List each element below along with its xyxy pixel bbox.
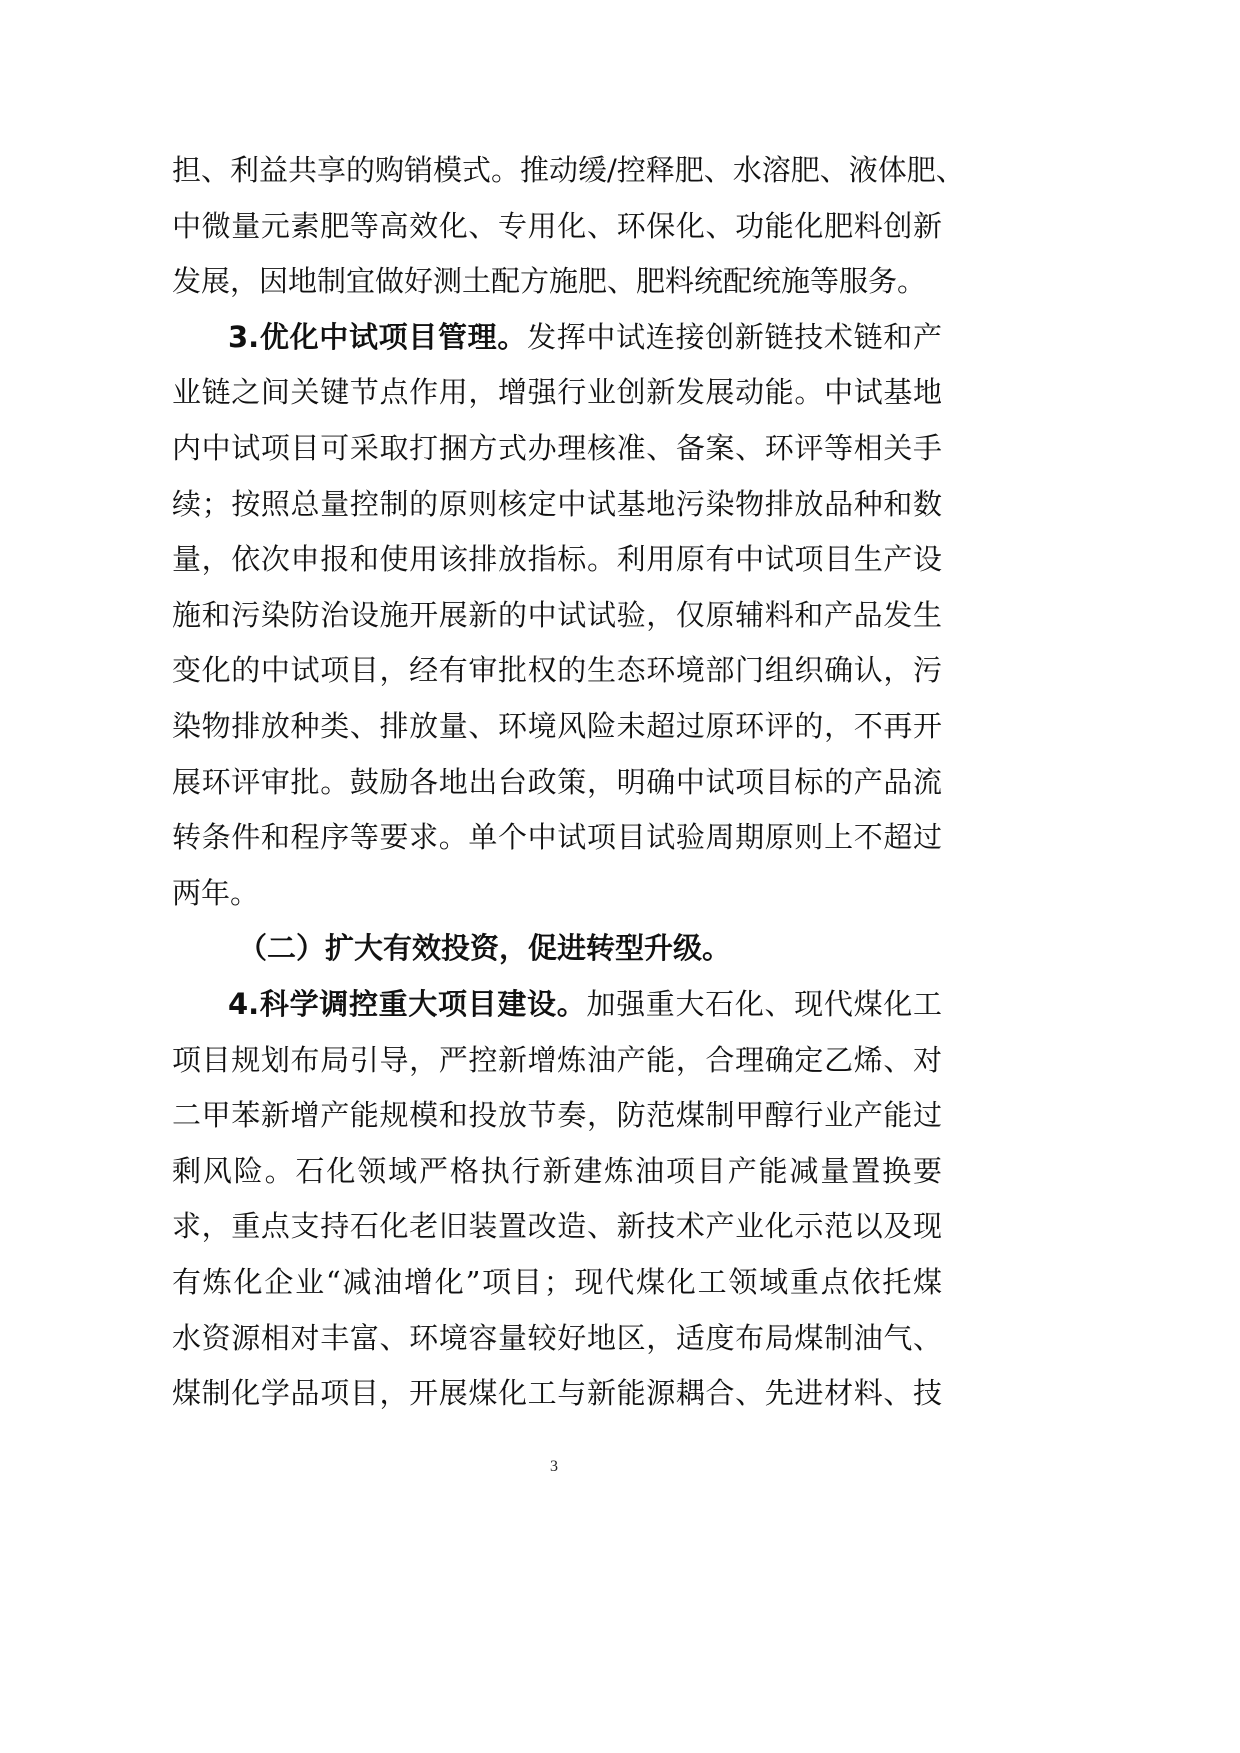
paragraph-line: 染物排放种类、排放量、环境风险未超过原环评的，不再开 bbox=[172, 706, 942, 746]
paragraph-line: 求，重点支持石化老旧装置改造、新技术产业化示范以及现 bbox=[172, 1206, 942, 1246]
paragraph-line: 3.优化中试项目管理。发挥中试连接创新链技术链和产 bbox=[228, 317, 942, 357]
line-text: 发挥中试连接创新链技术链和产 bbox=[527, 320, 942, 354]
line-text: 加强重大石化、现代煤化工 bbox=[586, 987, 942, 1021]
line-text: 二甲苯新增产能规模和投放节奏，防范煤制甲醇行业产能过 bbox=[172, 1098, 942, 1132]
paragraph-line: 水资源相对丰富、环境容量较好地区，适度布局煤制油气、 bbox=[172, 1318, 942, 1358]
line-text: 项目规划布局引导，严控新增炼油产能，合理确定乙烯、对 bbox=[172, 1043, 942, 1077]
line-text: 续；按照总量控制的原则核定中试基地污染物排放品种和数 bbox=[172, 487, 942, 521]
line-text: 染物排放种类、排放量、环境风险未超过原环评的，不再开 bbox=[172, 709, 942, 743]
paragraph-line: 剩风险。石化领域严格执行新建炼油项目产能减量置换要 bbox=[172, 1151, 942, 1191]
section-heading: （二）扩大有效投资，促进转型升级。 bbox=[238, 928, 942, 968]
paragraph-line: 施和污染防治设施开展新的中试试验，仅原辅料和产品发生 bbox=[172, 595, 942, 635]
line-text: 施和污染防治设施开展新的中试试验，仅原辅料和产品发生 bbox=[172, 598, 942, 632]
item-title: 4.科学调控重大项目建设。 bbox=[228, 987, 586, 1021]
line-text: 水资源相对丰富、环境容量较好地区，适度布局煤制油气、 bbox=[172, 1321, 942, 1355]
paragraph-line: 4.科学调控重大项目建设。加强重大石化、现代煤化工 bbox=[228, 984, 942, 1024]
line-text: 中微量元素肥等高效化、专用化、环保化、功能化肥料创新 bbox=[172, 209, 942, 243]
paragraph-line: 煤制化学品项目，开展煤化工与新能源耦合、先进材料、技 bbox=[172, 1373, 942, 1413]
paragraph-line: 发展，因地制宜做好测土配方施肥、肥料统配统施等服务。 bbox=[172, 261, 942, 301]
line-text: 两年。 bbox=[172, 876, 259, 910]
paragraph-line: 中微量元素肥等高效化、专用化、环保化、功能化肥料创新 bbox=[172, 206, 942, 246]
line-text: 求，重点支持石化老旧装置改造、新技术产业化示范以及现 bbox=[172, 1209, 942, 1243]
paragraph-line: 内中试项目可采取打捆方式办理核准、备案、环评等相关手 bbox=[172, 428, 942, 468]
paragraph-line: 业链之间关键节点作用，增强行业创新发展动能。中试基地 bbox=[172, 372, 942, 412]
line-text: 有炼化企业“减油增化”项目；现代煤化工领域重点依托煤 bbox=[172, 1265, 942, 1299]
line-text: 展环评审批。鼓励各地出台政策，明确中试项目标的产品流 bbox=[172, 765, 942, 799]
paragraph-line: 转条件和程序等要求。单个中试项目试验周期原则上不超过 bbox=[172, 817, 942, 857]
paragraph-line: 量，依次申报和使用该排放指标。利用原有中试项目生产设 bbox=[172, 539, 942, 579]
paragraph-line: 两年。 bbox=[172, 873, 942, 913]
line-text: 量，依次申报和使用该排放指标。利用原有中试项目生产设 bbox=[172, 542, 942, 576]
item-title: 3.优化中试项目管理。 bbox=[228, 320, 527, 354]
line-text: 变化的中试项目，经有审批权的生态环境部门组织确认，污 bbox=[172, 653, 942, 687]
line-text: 担、利益共享的购销模式。推动缓/控释肥、水溶肥、液体肥、 bbox=[172, 153, 965, 187]
line-text: 煤制化学品项目，开展煤化工与新能源耦合、先进材料、技 bbox=[172, 1376, 942, 1410]
line-text: 转条件和程序等要求。单个中试项目试验周期原则上不超过 bbox=[172, 820, 942, 854]
paragraph-line: 有炼化企业“减油增化”项目；现代煤化工领域重点依托煤 bbox=[172, 1262, 942, 1302]
line-text: 发展，因地制宜做好测土配方施肥、肥料统配统施等服务。 bbox=[172, 264, 926, 298]
page-number: 3 bbox=[0, 1458, 1108, 1476]
paragraph-line: 续；按照总量控制的原则核定中试基地污染物排放品种和数 bbox=[172, 484, 942, 524]
paragraph-line: 项目规划布局引导，严控新增炼油产能，合理确定乙烯、对 bbox=[172, 1040, 942, 1080]
document-page: 担、利益共享的购销模式。推动缓/控释肥、水溶肥、液体肥、中微量元素肥等高效化、专… bbox=[0, 0, 1240, 1753]
paragraph-line: 担、利益共享的购销模式。推动缓/控释肥、水溶肥、液体肥、 bbox=[172, 150, 942, 190]
paragraph-line: 变化的中试项目，经有审批权的生态环境部门组织确认，污 bbox=[172, 650, 942, 690]
paragraph-line: 二甲苯新增产能规模和投放节奏，防范煤制甲醇行业产能过 bbox=[172, 1095, 942, 1135]
line-text: 剩风险。石化领域严格执行新建炼油项目产能减量置换要 bbox=[172, 1154, 942, 1188]
paragraph-line: 展环评审批。鼓励各地出台政策，明确中试项目标的产品流 bbox=[172, 762, 942, 802]
heading-text: （二）扩大有效投资，促进转型升级。 bbox=[238, 931, 731, 965]
line-text: 业链之间关键节点作用，增强行业创新发展动能。中试基地 bbox=[172, 375, 942, 409]
line-text: 内中试项目可采取打捆方式办理核准、备案、环评等相关手 bbox=[172, 431, 942, 465]
